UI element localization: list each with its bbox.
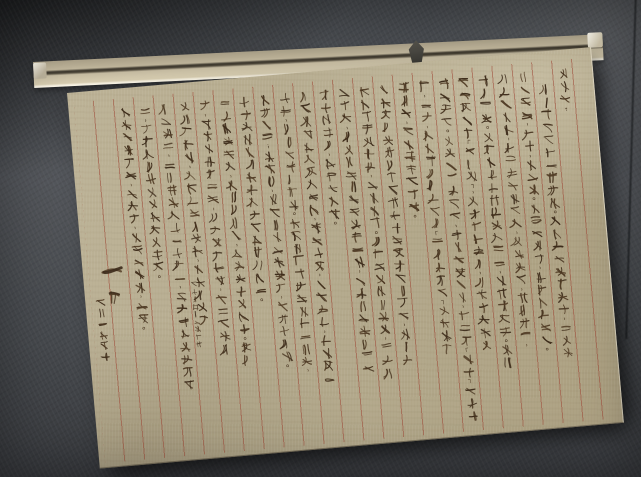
letter-column-13 [318,88,342,226]
letter-columns [69,65,622,457]
letter-column-1 [557,67,573,112]
letter-column-9 [397,81,421,219]
letter-paper [67,47,624,468]
acrylic-glint-right-icon [587,32,603,48]
acrylic-glint-left-icon [33,62,47,79]
exhibit-photo [0,0,641,477]
